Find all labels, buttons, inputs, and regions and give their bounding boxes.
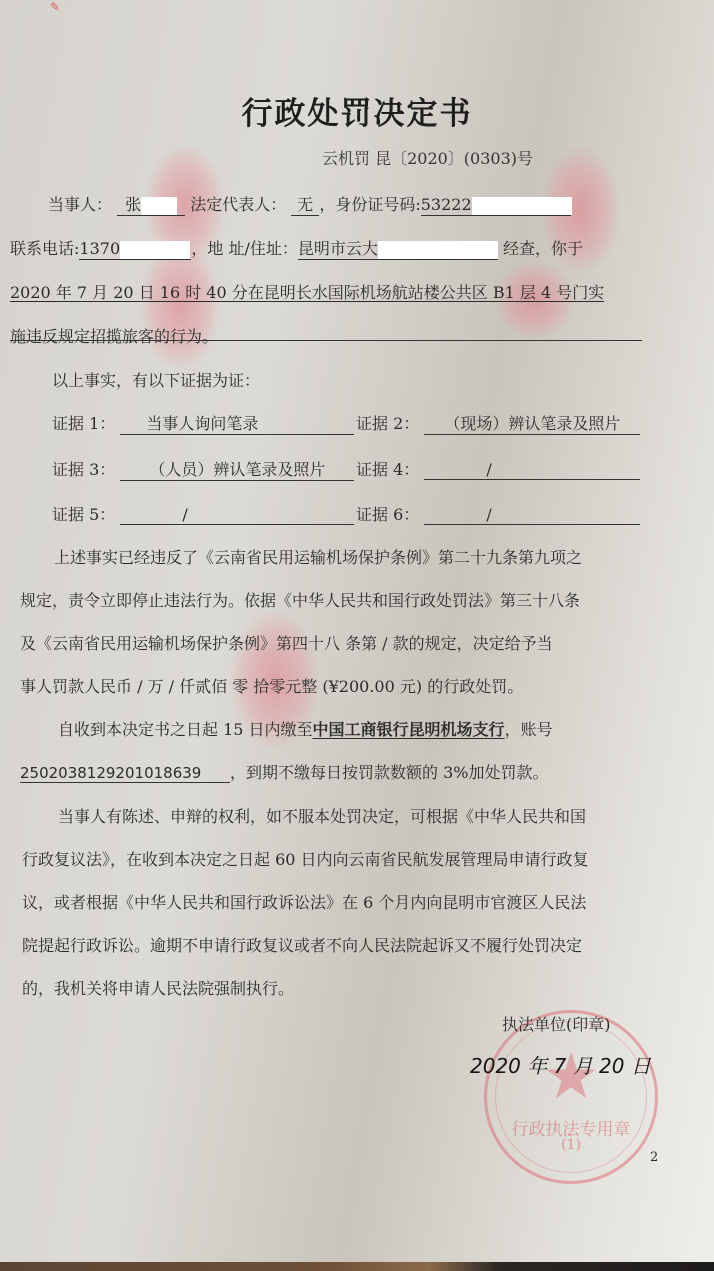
seal-number: (1) — [487, 1137, 655, 1153]
late-fee-text: ，到期不缴每日按罚款数额的 3%加处罚款。 — [230, 763, 548, 782]
evidence-label: 证据 1： — [52, 414, 115, 433]
violation-line-3: 及《云南省民用运输机场保护条例》第四十八 条第 / 款的规定，决定给予当 — [20, 631, 553, 654]
violation-line-4: 事人罚款人民币 / 万 / 仟贰佰 零 拾零元整 (¥200.00 元) 的行政… — [20, 674, 523, 697]
legal-rep-label: 法定代表人： — [190, 195, 286, 214]
legal-rep-value: 无 — [291, 192, 319, 216]
evidence-value: （人员）辨认笔录及照片 — [120, 457, 354, 481]
rights-line-2: 行政复议法》，在收到本决定之日起 60 日内向云南省民航发展管理局申请行政复 — [22, 847, 589, 870]
evidence-row: 证据 6： / — [356, 502, 640, 525]
facts-line-2: 施违反规定招揽旅客的行为。 — [10, 324, 218, 347]
background-surface — [0, 1262, 714, 1271]
phone-label: 联系电话: — [10, 239, 79, 258]
evidence-label: 证据 2： — [356, 414, 419, 433]
party-name: 张 — [117, 192, 185, 216]
evidence-label: 证据 3： — [52, 460, 115, 479]
evidence-label: 证据 6： — [356, 505, 419, 524]
corner-mark: ✎ — [50, 0, 60, 14]
document-title: 行政处罚决定书 — [0, 88, 714, 133]
payment-prefix: 自收到本决定书之日起 15 日内缴至 — [58, 720, 313, 739]
evidence-value: 当事人询问笔录 — [120, 411, 354, 435]
phone-number: 1370 — [79, 239, 191, 260]
evidence-label: 证据 5： — [52, 505, 115, 524]
evidence-value: / — [424, 505, 640, 525]
evidence-value: / — [424, 460, 640, 480]
evidence-row: 证据 4： / — [356, 457, 640, 480]
page-number: 2 — [650, 1150, 658, 1165]
rights-line-1: 当事人有陈述、申辩的权利，如不服本处罚决定，可根据《中华人民共和国 — [58, 804, 586, 827]
party-label: 当事人： — [48, 195, 112, 214]
enforcement-unit-label: 执法单位(印章) — [502, 1012, 611, 1035]
document-number: 云机罚 昆〔2020〕(0303)号 — [322, 146, 533, 169]
id-number: 53222 — [421, 195, 571, 216]
rights-line-4: 院提起行政诉讼。逾期不申请行政复议或者不向人民法院起诉又不履行处罚决定 — [22, 933, 582, 956]
after-address-text: 经查，你于 — [503, 239, 583, 258]
handwritten-date: 2020 年 7 月 20 日 — [470, 1050, 651, 1079]
contact-line: 联系电话:1370，地 址/住址：昆明市云大 经查，你于 — [10, 236, 583, 260]
evidence-intro: 以上事实，有以下证据为证： — [52, 368, 260, 391]
bank-name: 中国工商银行昆明机场支行 — [313, 720, 505, 739]
payment-line-2: 2502038129201018639，到期不缴每日按罚款数额的 3%加处罚款。 — [20, 760, 548, 783]
address-label: ，地 址/住址： — [191, 239, 297, 258]
facts-underline — [10, 340, 642, 341]
account-label: ，账号 — [505, 720, 553, 739]
evidence-row: 证据 5： / — [52, 502, 354, 525]
party-line: 当事人： 张 法定代表人： 无，身份证号码:53222 — [48, 192, 571, 216]
evidence-row: 证据 1： 当事人询问笔录 — [52, 411, 354, 435]
account-number: 2502038129201018639 — [20, 764, 230, 783]
official-seal: ★ 行政执法专用章 (1) — [484, 1010, 658, 1184]
violation-line-2: 规定，责令立即停止违法行为。依据《中华人民共和国行政处罚法》第三十八条 — [20, 588, 580, 611]
evidence-row: 证据 2： （现场）辨认笔录及照片 — [356, 411, 640, 435]
rights-line-5: 的，我机关将申请人民法院强制执行。 — [22, 976, 294, 999]
address-value: 昆明市云大 — [298, 236, 498, 260]
evidence-value: （现场）辨认笔录及照片 — [424, 411, 640, 435]
payment-line-1: 自收到本决定书之日起 15 日内缴至中国工商银行昆明机场支行，账号 — [58, 717, 553, 740]
evidence-label: 证据 4： — [356, 460, 419, 479]
rights-line-3: 议，或者根据《中华人民共和国行政诉讼法》在 6 个月内向昆明市官渡区人民法 — [22, 890, 586, 913]
violation-line-1: 上述事实已经违反了《云南省民用运输机场保护条例》第二十九条第九项之 — [54, 545, 582, 568]
evidence-row: 证据 3： （人员）辨认笔录及照片 — [52, 457, 354, 481]
id-label: ，身份证号码: — [319, 195, 420, 214]
evidence-value: / — [120, 505, 354, 525]
facts-line-1: 2020 年 7 月 20 日 16 时 40 分在昆明长水国际机场航站楼公共区… — [10, 280, 604, 303]
